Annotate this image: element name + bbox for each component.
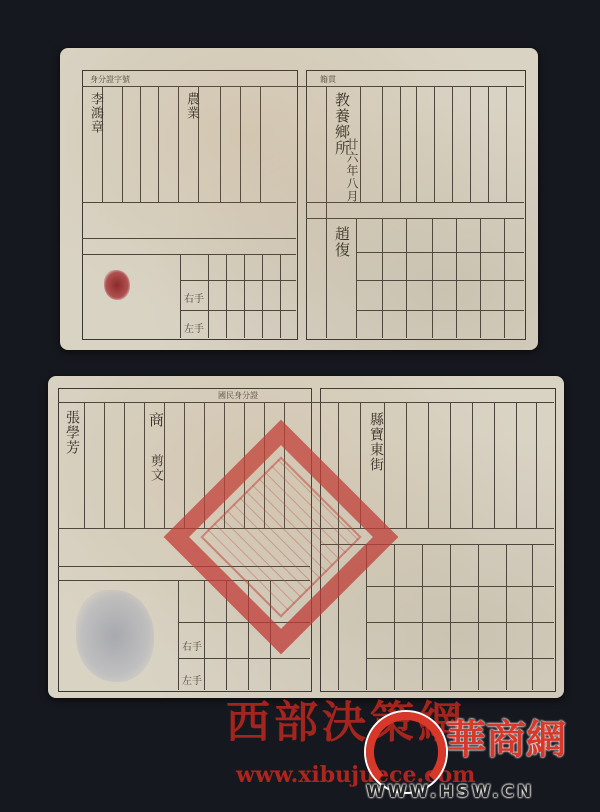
red-thumbprint xyxy=(104,270,130,300)
top-right-hand-label: 右手 xyxy=(184,290,204,305)
top-name: 李鴻章 xyxy=(86,92,105,134)
top-left-hand-label: 左手 xyxy=(184,320,204,335)
top-field-right-2: 廿六年八月 xyxy=(344,138,361,203)
bottom-id-card: 國民身分證 張學芳 商 剪文 縣寶東街 右手 左手 xyxy=(48,376,564,698)
watermark-hsw-logo-icon xyxy=(366,712,446,792)
bottom-left-hand-label: 左手 xyxy=(182,672,202,687)
top-header-left: 身分證字號 xyxy=(90,74,130,85)
top-signature: 趙復 xyxy=(332,226,353,258)
bottom-field-right: 縣寶東街 xyxy=(366,412,386,472)
top-header-right: 籍貫 xyxy=(320,74,336,85)
top-occupation: 農業 xyxy=(182,92,201,120)
watermark-hsw-text: 華商網 xyxy=(446,708,566,765)
bottom-field-1: 商 xyxy=(146,412,167,428)
gray-thumbprint xyxy=(76,590,154,682)
top-id-card: 身分證字號 籍貫 李鴻章 農業 教養鄉所 廿六年八月 趙復 右手 左手 xyxy=(60,48,538,350)
bottom-header-left: 國民身分證 xyxy=(218,390,258,401)
bottom-name: 張學芳 xyxy=(62,410,82,455)
bottom-right-hand-label: 右手 xyxy=(182,638,202,653)
bottom-field-2: 剪文 xyxy=(146,454,165,482)
watermark-hsw-url: WWW.HSW.CN xyxy=(366,782,534,802)
